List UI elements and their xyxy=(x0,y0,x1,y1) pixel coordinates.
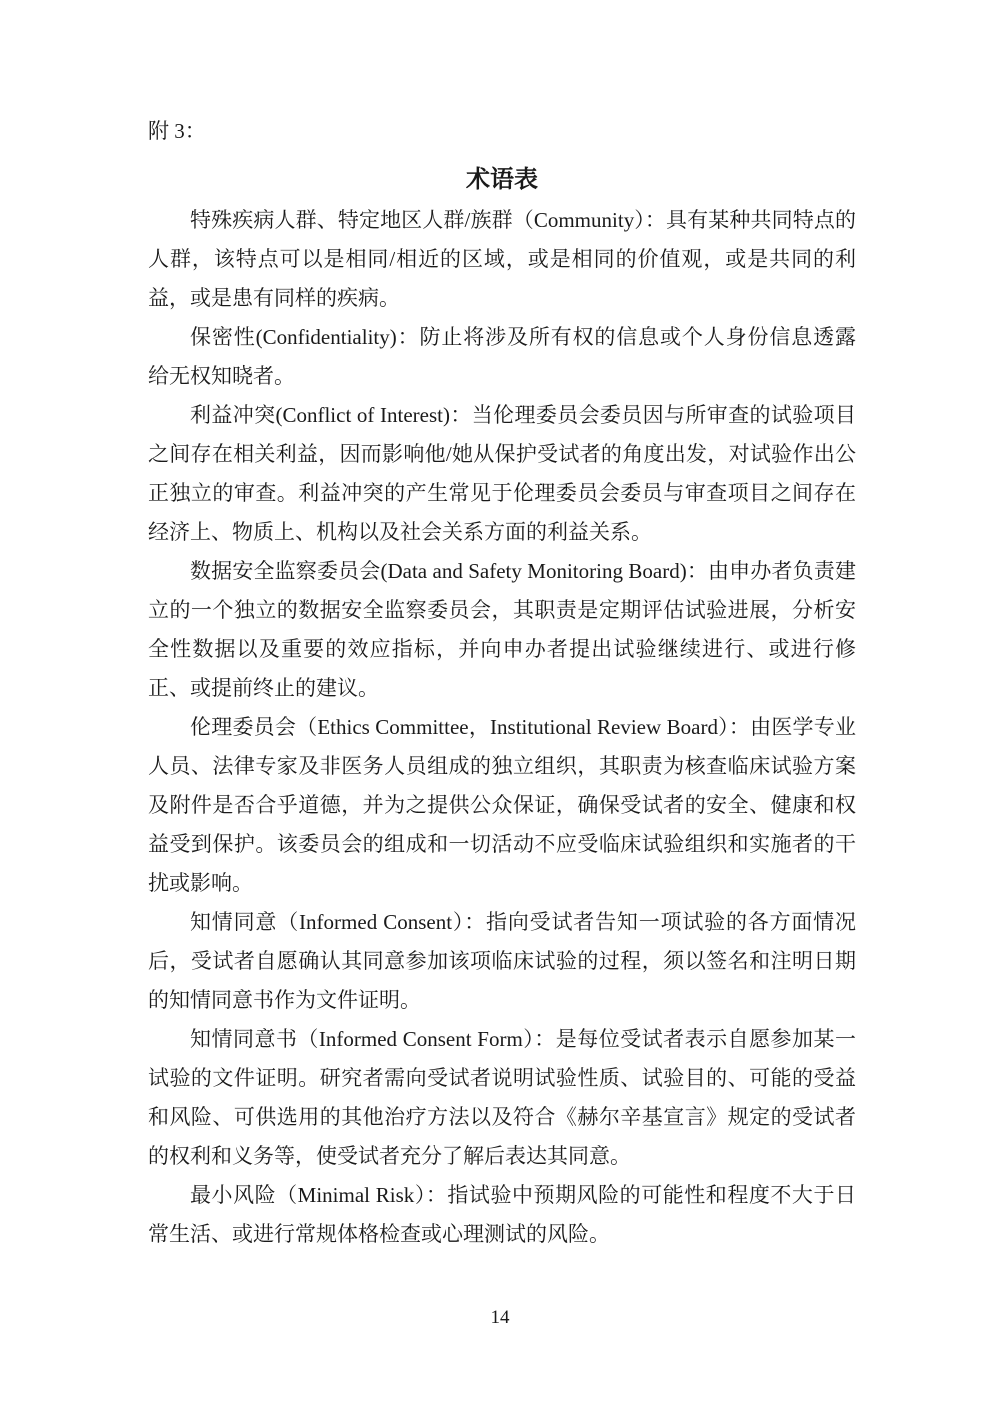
glossary-paragraph-confidentiality: 保密性(Confidentiality)：防止将涉及所有权的信息或个人身份信息透… xyxy=(148,318,856,396)
glossary-paragraph-minimal-risk: 最小风险（Minimal Risk）：指试验中预期风险的可能性和程度不大于日常生… xyxy=(148,1176,856,1254)
glossary-paragraph-community: 特殊疾病人群、特定地区人群/族群（Community）：具有某种共同特点的人群，… xyxy=(148,201,856,318)
glossary-paragraph-informed-consent: 知情同意（Informed Consent）：指向受试者告知一项试验的各方面情况… xyxy=(148,903,856,1020)
document-title: 术语表 xyxy=(148,159,856,201)
glossary-body: 特殊疾病人群、特定地区人群/族群（Community）：具有某种共同特点的人群，… xyxy=(148,201,856,1254)
glossary-paragraph-informed-consent-form: 知情同意书（Informed Consent Form）：是每位受试者表示自愿参… xyxy=(148,1020,856,1176)
glossary-paragraph-ethics-committee: 伦理委员会（Ethics Committee，Institutional Rev… xyxy=(148,708,856,903)
document-content: 附 3： 术语表 特殊疾病人群、特定地区人群/族群（Community）：具有某… xyxy=(148,112,856,1254)
glossary-paragraph-conflict-of-interest: 利益冲突(Conflict of Interest)：当伦理委员会委员因与所审查… xyxy=(148,396,856,552)
glossary-paragraph-data-safety-monitoring-board: 数据安全监察委员会(Data and Safety Monitoring Boa… xyxy=(148,552,856,708)
page-number: 14 xyxy=(0,1308,1000,1328)
attachment-label: 附 3： xyxy=(148,112,856,151)
document-page: 附 3： 术语表 特殊疾病人群、特定地区人群/族群（Community）：具有某… xyxy=(0,0,1000,1414)
